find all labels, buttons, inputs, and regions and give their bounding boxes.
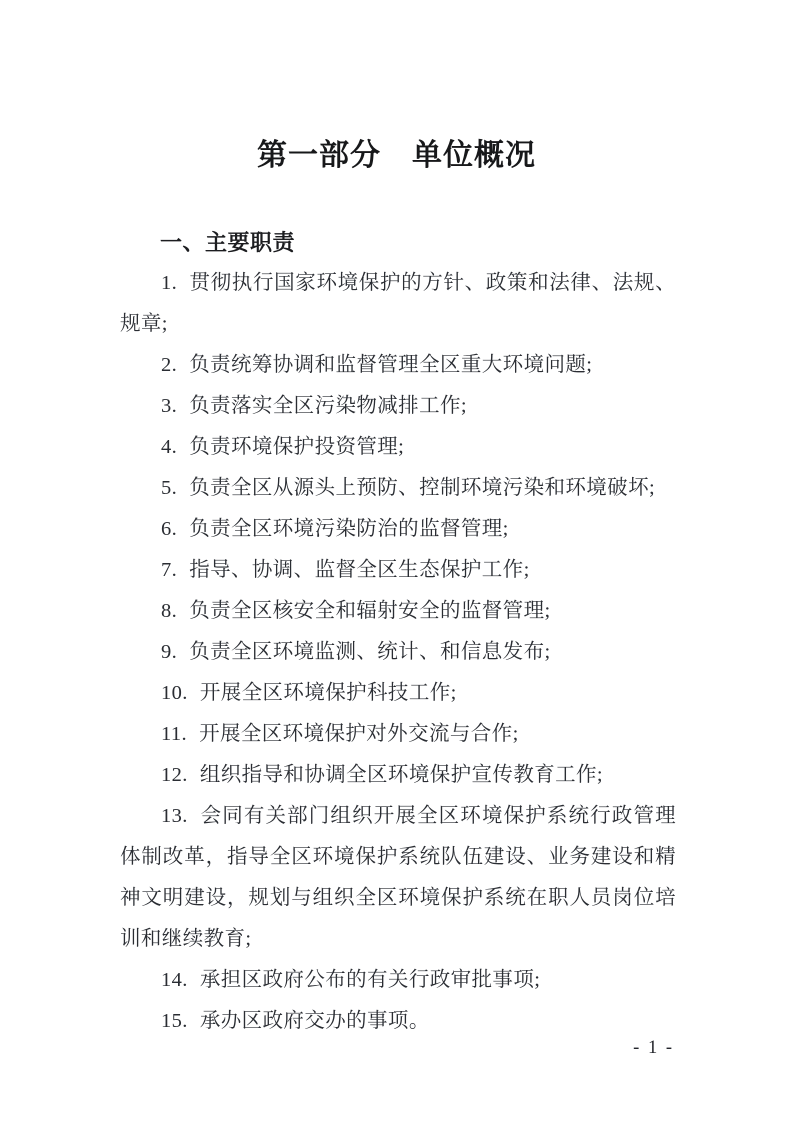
duty-number: 1. [161,263,177,304]
duty-item: 6.负责全区环境污染防治的监督管理; [120,509,676,550]
section-heading: 一、主要职责 [120,222,676,263]
duty-number: 3. [161,386,177,427]
duty-number: 2. [161,345,177,386]
duty-text: 负责全区核安全和辐射安全的监督管理; [189,600,550,622]
duty-item: 2.负责统筹协调和监督管理全区重大环境问题; [120,345,676,386]
duty-text: 开展全区环境保护对外交流与合作; [199,723,519,745]
duty-item: 15.承办区政府交办的事项。 [120,1001,676,1042]
duty-item: 4.负责环境保护投资管理; [120,427,676,468]
duty-item: 1.贯彻执行国家环境保护的方针、政策和法律、法规、规章; [120,263,676,345]
duty-item: 7.指导、协调、监督全区生态保护工作; [120,550,676,591]
duty-number: 4. [161,427,177,468]
duty-text: 组织指导和协调全区环境保护宣传教育工作; [200,764,603,786]
duty-item: 12.组织指导和协调全区环境保护宣传教育工作; [120,755,676,796]
duty-number: 6. [161,509,177,550]
duty-item: 10.开展全区环境保护科技工作; [120,673,676,714]
duty-text: 指导、协调、监督全区生态保护工作; [189,559,530,581]
document-title: 第一部分 单位概况 [0,138,793,174]
duty-item: 14.承担区政府公布的有关行政审批事项; [120,960,676,1001]
duty-item: 5.负责全区从源头上预防、控制环境污染和环境破坏; [120,468,676,509]
duty-text: 贯彻执行国家环境保护的方针、政策和法律、法规、规章; [120,272,676,335]
duty-text: 负责环境保护投资管理; [189,436,404,458]
duty-text: 负责全区环境污染防治的监督管理; [189,518,509,540]
document-content: 一、主要职责 1.贯彻执行国家环境保护的方针、政策和法律、法规、规章; 2.负责… [0,222,793,1042]
duty-number: 11. [161,714,187,755]
duty-item: 8.负责全区核安全和辐射安全的监督管理; [120,591,676,632]
duty-text: 承担区政府公布的有关行政审批事项; [200,969,541,991]
duty-text: 会同有关部门组织开展全区环境保护系统行政管理体制改革，指导全区环境保护系统队伍建… [120,805,676,950]
duty-number: 8. [161,591,177,632]
duties-list: 1.贯彻执行国家环境保护的方针、政策和法律、法规、规章; 2.负责统筹协调和监督… [120,263,676,1042]
duty-item: 3.负责落实全区污染物减排工作; [120,386,676,427]
duty-number: 9. [161,632,177,673]
duty-number: 12. [161,755,188,796]
duty-text: 开展全区环境保护科技工作; [200,682,457,704]
duty-text: 负责全区从源头上预防、控制环境污染和环境破坏; [189,477,655,499]
duty-text: 负责落实全区污染物减排工作; [189,395,467,417]
duty-text: 负责全区环境监测、统计、和信息发布; [189,641,550,663]
duty-number: 5. [161,468,177,509]
duty-number: 14. [161,960,188,1001]
duty-number: 13. [161,796,188,837]
duty-number: 10. [161,673,188,714]
duty-text: 负责统筹协调和监督管理全区重大环境问题; [189,354,592,376]
duty-number: 15. [161,1001,188,1042]
duty-item: 11.开展全区环境保护对外交流与合作; [120,714,676,755]
duty-item: 13.会同有关部门组织开展全区环境保护系统行政管理体制改革，指导全区环境保护系统… [120,796,676,960]
page-number: - 1 - [633,1038,674,1059]
duty-text: 承办区政府交办的事项。 [200,1010,430,1032]
duty-number: 7. [161,550,177,591]
document-page: 第一部分 单位概况 一、主要职责 1.贯彻执行国家环境保护的方针、政策和法律、法… [0,0,793,1122]
duty-item: 9.负责全区环境监测、统计、和信息发布; [120,632,676,673]
